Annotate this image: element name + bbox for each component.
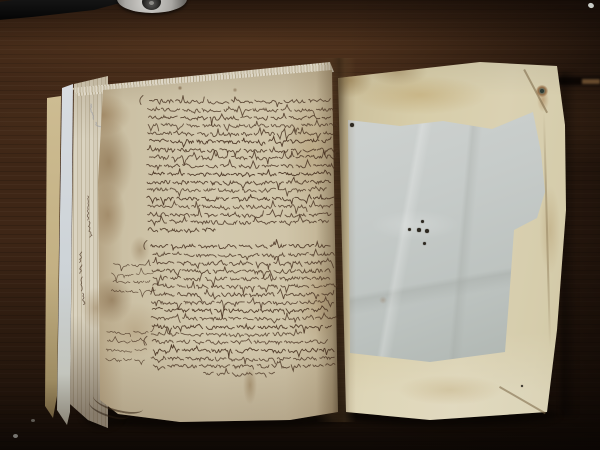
metal-knob-center [149, 1, 154, 5]
wood-speck [13, 434, 18, 438]
left-page-manuscript [95, 62, 338, 425]
photograph-manuscript-book [0, 0, 600, 450]
wormhole [408, 228, 411, 231]
wood-speck [31, 419, 35, 422]
wormhole [425, 229, 429, 233]
wormhole [421, 220, 424, 223]
wormhole [423, 242, 426, 245]
rust-nail-hole-center [540, 89, 544, 93]
gutter-shadow [316, 58, 356, 422]
wormhole [417, 228, 421, 232]
wormhole [350, 123, 354, 127]
plank-sliver [582, 79, 600, 84]
